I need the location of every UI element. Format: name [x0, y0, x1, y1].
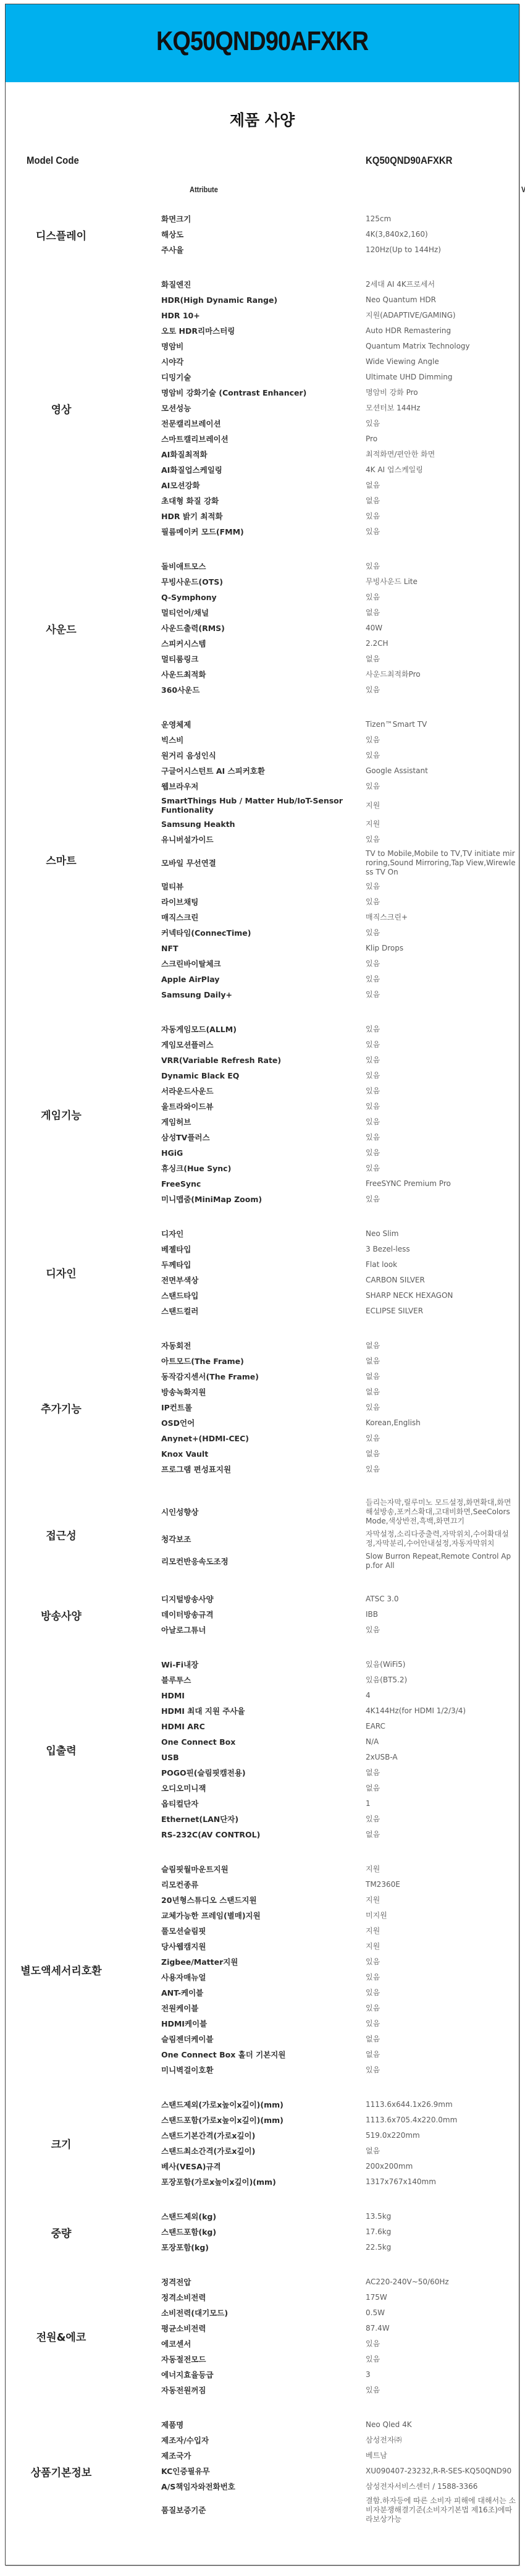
spec-value: 지원(ADAPTIVE/GAMING): [366, 311, 519, 320]
spec-value: 1: [366, 1799, 519, 1808]
spec-row: 원거리 음성인식있음: [6, 748, 519, 763]
spec-value: 지원: [366, 1896, 519, 1905]
spec-value: 있음: [366, 685, 519, 695]
spec-attribute: 품질보증기준: [161, 2506, 366, 2515]
spec-attribute: POGO핀(슬림핏캠전용): [161, 1768, 366, 1777]
spec-attribute: 모바일 무선연결: [161, 858, 366, 868]
spec-row: Knox Vault없음: [6, 1446, 519, 1462]
spec-attribute: 매직스크린: [161, 913, 366, 922]
spec-row: 디밍기술Ultimate UHD Dimming: [6, 370, 519, 385]
spec-value: 없음: [366, 2050, 519, 2059]
spec-value: 3 Bezel-less: [366, 1245, 519, 1254]
spec-row: 스피커시스템2.2CH: [6, 636, 519, 651]
spec-row: HDR 밝기 최적화있음: [6, 509, 519, 524]
spec-value: 없음: [366, 1768, 519, 1777]
spec-row: 에코센서있음: [6, 2336, 519, 2352]
spec-attribute: 자동절전모드: [161, 2355, 366, 2364]
spec-attribute: 풀모션슬림핏: [161, 1926, 366, 1936]
spec-value: Neo Qled 4K: [366, 2420, 519, 2430]
spec-row: One Connect BoxN/A: [6, 1734, 519, 1750]
spec-attribute: 스피커시스템: [161, 639, 366, 648]
spec-value: 175W: [366, 2293, 519, 2302]
spec-row: 옵티컬단자1: [6, 1796, 519, 1811]
spec-value: 지원: [366, 801, 519, 810]
spec-row: 화질엔진2세대 AI 4K프로세서: [6, 277, 519, 292]
spec-row: 두께타입Flat look: [6, 1257, 519, 1273]
spec-row: 에너지효율등급3: [6, 2367, 519, 2383]
spec-row: 게임모션플러스있음: [6, 1037, 519, 1053]
spec-table: 디스플레이화면크기125cm해상도4K(3,840x2,160)주사율120Hz…: [6, 211, 519, 2545]
spec-row: 리모컨반응속도조정Slow Burron Repeat,Remote Contr…: [6, 1550, 519, 1572]
spec-value: 있음: [366, 2339, 519, 2349]
spec-attribute: 제조국가: [161, 2451, 366, 2460]
spec-group: 별도액세서리호환슬림핏월마운트지원지원리모컨종류TM2360E20년형스튜디오 …: [6, 1862, 519, 2078]
spec-row: 데이터방송규격IBB: [6, 1607, 519, 1622]
spec-row: 리모컨종류TM2360E: [6, 1877, 519, 1892]
spec-value: 없음: [366, 1449, 519, 1459]
spec-attribute: 전문캘리브레이션: [161, 419, 366, 428]
spec-value: 있음: [366, 1040, 519, 1049]
spec-value: 지원: [366, 1942, 519, 1951]
spec-row: 당사웹캠지원지원: [6, 1939, 519, 1954]
spec-attribute: 무빙사운드(OTS): [161, 577, 366, 587]
spec-attribute: SmartThings Hub / Matter Hub/IoT-Sensor …: [161, 796, 366, 815]
spec-attribute: 유니버설가이드: [161, 835, 366, 844]
spec-attribute: 20년형스튜디오 스탠드지원: [161, 1896, 366, 1905]
spec-row: Q-Symphony있음: [6, 590, 519, 605]
spec-row: 서라운드사운드있음: [6, 1083, 519, 1099]
spec-row: 명암비Quantum Matrix Technology: [6, 339, 519, 354]
spec-value: 87.4W: [366, 2324, 519, 2333]
spec-row: 모바일 무선연결TV to Mobile,Mobile to TV,TV ini…: [6, 847, 519, 879]
spec-row: 유니버설가이드있음: [6, 832, 519, 847]
spec-attribute: Dynamic Black EQ: [161, 1071, 366, 1080]
spec-attribute: 당사웹캠지원: [161, 1942, 366, 1951]
spec-value: Tizen™Smart TV: [366, 720, 519, 729]
spec-attribute: 게임모션플러스: [161, 1040, 366, 1049]
spec-value: 없음: [366, 655, 519, 664]
spec-row: 라이브채팅있음: [6, 894, 519, 910]
spec-attribute: 모션성능: [161, 404, 366, 413]
spec-attribute: 평균소비전력: [161, 2324, 366, 2333]
spec-attribute: OSD언어: [161, 1418, 366, 1428]
spec-row: A/S책임자와전화번호삼성전자서비스센터 / 1588-3366: [6, 2479, 519, 2494]
spec-row: 커넥타임(ConnecTime)있음: [6, 925, 519, 941]
spec-value: 120Hz(Up to 144Hz): [366, 245, 519, 255]
spec-value: 있음: [366, 1102, 519, 1111]
spec-value: 있음: [366, 2355, 519, 2364]
spec-row: 스마트캘리브레이션Pro: [6, 431, 519, 447]
spec-value: 들리는자막,릴루미노 모드설정,화면확대,화면해설방송,포커스확대,고대비화면,…: [366, 1498, 519, 1526]
value-column-header: Value: [521, 185, 525, 195]
spec-value: 519.0x220mm: [366, 2131, 519, 2140]
spec-row: 자동회전없음: [6, 1338, 519, 1354]
spec-value: 있음: [366, 2019, 519, 2028]
spec-value: 2xUSB-A: [366, 1753, 519, 1762]
spec-row: 베젤타입3 Bezel-less: [6, 1242, 519, 1257]
spec-value: 매직스크린+: [366, 913, 519, 922]
model-banner: KQ50QND90AFXKR: [6, 4, 519, 82]
spec-attribute: 화면크기: [161, 214, 366, 224]
spec-value: 있음: [366, 990, 519, 999]
spec-row: 청각보조자막설정,소리다중출력,자막위치,수어확대설정,자막분리,수어안내설정,…: [6, 1528, 519, 1550]
spec-value: 없음: [366, 1341, 519, 1350]
spec-attribute: Ethernet(LAN단자): [161, 1815, 366, 1824]
spec-row: ANT-케이블있음: [6, 1985, 519, 2001]
spec-attribute: 구글어시스턴트 AI 스피커호환: [161, 766, 366, 776]
spec-attribute: 포장포함(가로x높이x깊이)(mm): [161, 2177, 366, 2187]
spec-row: 블루투스있음(BT5.2): [6, 1672, 519, 1688]
spec-attribute: 미니맵줌(MiniMap Zoom): [161, 1195, 366, 1204]
spec-value: 1113.6x705.4x220.0mm: [366, 2116, 519, 2125]
spec-value: 삼성전자서비스센터 / 1588-3366: [366, 2482, 519, 2491]
spec-value: 있음: [366, 975, 519, 984]
spec-row: Dynamic Black EQ있음: [6, 1068, 519, 1083]
spec-attribute: One Connect Box: [161, 1737, 366, 1747]
spec-row: 자동전원꺼짐있음: [6, 2383, 519, 2398]
spec-row: 오디오미니잭없음: [6, 1781, 519, 1796]
spec-row: 스탠드타입SHARP NECK HEXAGON: [6, 1288, 519, 1303]
spec-attribute: 전원케이블: [161, 2004, 366, 2013]
spec-value: 없음: [366, 2146, 519, 2156]
spec-row: HDMI4: [6, 1688, 519, 1703]
spec-value: 있음: [366, 2004, 519, 2013]
spec-value: 있음: [366, 1056, 519, 1065]
spec-row: 스탠드포함(가로x높이x깊이)(mm)1113.6x705.4x220.0mm: [6, 2112, 519, 2128]
spec-value: AC220-240V~50/60Hz: [366, 2277, 519, 2287]
spec-attribute: Q-Symphony: [161, 593, 366, 602]
spec-attribute: Wi-Fi내장: [161, 1660, 366, 1669]
spec-value: 없음: [366, 496, 519, 506]
spec-row: 미니맵줌(MiniMap Zoom)있음: [6, 1192, 519, 1207]
spec-attribute: 전면부색상: [161, 1276, 366, 1285]
spec-row: 프로그램 편성표지원있음: [6, 1462, 519, 1477]
spec-value: 4: [366, 1691, 519, 1700]
spec-row: KC인증필유무XU090407-23232,R-R-SES-KQ50QND90: [6, 2464, 519, 2479]
spec-value: 0.5W: [366, 2308, 519, 2318]
spec-attribute: 돌비애트모스: [161, 562, 366, 571]
spec-row: 아날로그튜너있음: [6, 1622, 519, 1638]
spec-value: EARC: [366, 1722, 519, 1731]
spec-attribute: 자동전원꺼짐: [161, 2386, 366, 2395]
spec-row: 사용자매뉴얼있음: [6, 1970, 519, 1985]
spec-attribute: 라이브채팅: [161, 897, 366, 907]
spec-value: Flat look: [366, 1260, 519, 1269]
spec-group: 추가기능자동회전없음아트모드(The Frame)없음동작감지센서(The Fr…: [6, 1338, 519, 1477]
spec-row: 스탠드제외(가로x높이x깊이)(mm)1113.6x644.1x26.9mm: [6, 2097, 519, 2112]
spec-attribute: 게임허브: [161, 1117, 366, 1127]
spec-value: Google Assistant: [366, 766, 519, 776]
spec-value: 명암비 강화 Pro: [366, 388, 519, 397]
spec-row: HDMI케이블있음: [6, 2016, 519, 2032]
spec-value: 지원: [366, 820, 519, 829]
spec-value: 모션터보 144Hz: [366, 404, 519, 413]
spec-row: 멀티룸링크없음: [6, 651, 519, 667]
spec-attribute: 원거리 음성인식: [161, 751, 366, 760]
model-title: KQ50QND90AFXKR: [156, 26, 368, 57]
spec-value: 있음: [366, 1973, 519, 1982]
spec-attribute: 스탠드포함(kg): [161, 2227, 366, 2237]
spec-value: 결함.하자등에 따른 소비자 피해에 대해서는 소비자분쟁해결기준(소비자기본법…: [366, 2496, 519, 2524]
spec-attribute: 아날로그튜너: [161, 1625, 366, 1635]
spec-attribute: 스탠드포함(가로x높이x깊이)(mm): [161, 2116, 366, 2125]
spec-attribute: 소비전력(대기모드): [161, 2308, 366, 2318]
spec-row: 모션성능모션터보 144Hz: [6, 400, 519, 416]
spec-group: 중량스탠드제외(kg)13.5kg스탠드포함(kg)17.6kg포장포함(kg)…: [6, 2209, 519, 2255]
model-code-label: Model Code: [27, 155, 79, 167]
spec-value: 있음: [366, 1465, 519, 1474]
spec-attribute: 두께타입: [161, 1260, 366, 1269]
spec-row: USB2xUSB-A: [6, 1750, 519, 1765]
spec-attribute: 시인성향상: [161, 1507, 366, 1517]
attribute-column-header: Attribute: [190, 185, 218, 195]
spec-value: 125cm: [366, 214, 519, 224]
spec-value: 있음: [366, 751, 519, 760]
spec-attribute: 자동회전: [161, 1341, 366, 1350]
spec-row: FreeSyncFreeSYNC Premium Pro: [6, 1176, 519, 1192]
spec-row: Apple AirPlay있음: [6, 972, 519, 987]
spec-row: 스탠드포함(kg)17.6kg: [6, 2224, 519, 2240]
spec-value: Wide Viewing Angle: [366, 357, 519, 366]
spec-attribute: 운영체제: [161, 720, 366, 729]
spec-attribute: 포장포함(kg): [161, 2243, 366, 2252]
spec-value: 지원: [366, 1926, 519, 1936]
spec-value: 있음: [366, 1025, 519, 1034]
spec-row: HDR 10+지원(ADAPTIVE/GAMING): [6, 308, 519, 323]
spec-row: 슬림젠더케이블없음: [6, 2032, 519, 2047]
spec-row: 멀티언어/채널없음: [6, 605, 519, 621]
spec-row: 사운드최적화사운드최적화Pro: [6, 667, 519, 682]
spec-row: Zigbee/Matter지원있음: [6, 1954, 519, 1970]
spec-attribute: 옵티컬단자: [161, 1799, 366, 1808]
spec-value: 있음: [366, 419, 519, 428]
spec-attribute: 블루투스: [161, 1676, 366, 1685]
spec-attribute: 교체가능한 프레임(별매)지원: [161, 1911, 366, 1920]
spec-value: 없음: [366, 481, 519, 490]
spec-attribute: 프로그램 편성표지원: [161, 1465, 366, 1474]
spec-value: 2.2CH: [366, 639, 519, 648]
spec-value: 1113.6x644.1x26.9mm: [366, 2100, 519, 2109]
spec-value: 있음: [366, 1434, 519, 1443]
spec-attribute: 리모컨종류: [161, 1880, 366, 1889]
spec-value: 사운드최적화Pro: [366, 670, 519, 679]
spec-value: 있음: [366, 1403, 519, 1412]
spec-row: 풀모션슬림핏지원: [6, 1923, 519, 1939]
spec-attribute: 자동게임모드(ALLM): [161, 1025, 366, 1034]
spec-sheet-card: KQ50QND90AFXKR 제품 사양 Model Code KQ50QND9…: [5, 4, 519, 2565]
spec-value: 있음: [366, 835, 519, 844]
spec-attribute: VRR(Variable Refresh Rate): [161, 1056, 366, 1065]
spec-row: 스탠드최소간격(가로x깊이)없음: [6, 2143, 519, 2159]
spec-row: Anynet+(HDMI-CEC)있음: [6, 1431, 519, 1446]
spec-row: POGO핀(슬림핏캠전용)없음: [6, 1765, 519, 1781]
spec-value: 있음: [366, 527, 519, 536]
spec-attribute: 제품명: [161, 2420, 366, 2430]
spec-attribute: 정격전압: [161, 2277, 366, 2287]
spec-row: 20년형스튜디오 스탠드지원지원: [6, 1892, 519, 1908]
spec-row: VRR(Variable Refresh Rate)있음: [6, 1053, 519, 1068]
spec-value: 있음: [366, 593, 519, 602]
spec-attribute: 아트모드(The Frame): [161, 1357, 366, 1366]
spec-attribute: Anynet+(HDMI-CEC): [161, 1434, 366, 1443]
spec-row: 웹브라우저있음: [6, 779, 519, 794]
spec-attribute: AI모션강화: [161, 481, 366, 490]
spec-attribute: 울트라와이드뷰: [161, 1102, 366, 1111]
spec-attribute: 주사율: [161, 245, 366, 255]
spec-value: 최적화면/편안한 화면: [366, 450, 519, 459]
spec-value: Auto HDR Remastering: [366, 326, 519, 336]
spec-row: AI화질업스케일링4K AI 업스케일링: [6, 462, 519, 478]
spec-attribute: 커넥타임(ConnecTime): [161, 928, 366, 938]
spec-row: SmartThings Hub / Matter Hub/IoT-Sensor …: [6, 794, 519, 816]
spec-attribute: FreeSync: [161, 1179, 366, 1188]
spec-attribute: 스탠드제외(kg): [161, 2212, 366, 2221]
spec-value: IBB: [366, 1610, 519, 1619]
spec-value: 무빙사운드 Lite: [366, 577, 519, 587]
spec-attribute: 사운드최적화: [161, 670, 366, 679]
spec-value: 22.5kg: [366, 2243, 519, 2252]
spec-value: 있음: [366, 959, 519, 968]
spec-row: 화면크기125cm: [6, 211, 519, 227]
spec-value: 있음: [366, 897, 519, 907]
spec-attribute: 삼성TV플러스: [161, 1133, 366, 1142]
spec-value: 있음: [366, 1815, 519, 1824]
spec-row: 무빙사운드(OTS)무빙사운드 Lite: [6, 574, 519, 590]
spec-row: 전면부색상CARBON SILVER: [6, 1273, 519, 1288]
spec-row: 초대형 화질 강화없음: [6, 493, 519, 509]
spec-value: 있음: [366, 562, 519, 571]
spec-row: AI화질최적화최적화면/편안한 화면: [6, 447, 519, 462]
spec-attribute: A/S책임자와전화번호: [161, 2482, 366, 2491]
spec-row: 해상도4K(3,840x2,160): [6, 227, 519, 242]
spec-row: HDR(High Dynamic Range)Neo Quantum HDR: [6, 292, 519, 308]
spec-attribute: 스탠드기본간격(가로x깊이): [161, 2131, 366, 2140]
spec-value: 있음: [366, 1071, 519, 1080]
spec-row: Wi-Fi내장있음(WiFi5): [6, 1657, 519, 1672]
spec-row: 슬림핏월마운트지원지원: [6, 1862, 519, 1877]
spec-value: 있음(WiFi5): [366, 1660, 519, 1669]
spec-group: 방송사양디지털방송사양ATSC 3.0데이터방송규격IBB아날로그튜너있음: [6, 1591, 519, 1638]
spec-attribute: AI화질최적화: [161, 450, 366, 459]
spec-value: 있음(BT5.2): [366, 1676, 519, 1685]
spec-value: ECLIPSE SILVER: [366, 1307, 519, 1316]
spec-value: Neo Quantum HDR: [366, 295, 519, 305]
spec-value: 있음: [366, 1087, 519, 1096]
spec-attribute: 서라운드사운드: [161, 1087, 366, 1096]
spec-value: 없음: [366, 1388, 519, 1397]
spec-attribute: HDMI: [161, 1691, 366, 1700]
spec-row: 스탠드컬러ECLIPSE SILVER: [6, 1303, 519, 1319]
spec-row: 소비전력(대기모드)0.5W: [6, 2305, 519, 2321]
spec-value: Neo Slim: [366, 1229, 519, 1239]
spec-attribute: RS-232C(AV CONTROL): [161, 1830, 366, 1839]
spec-row: 멀티뷰있음: [6, 879, 519, 894]
spec-attribute: 제조자/수입자: [161, 2436, 366, 2445]
spec-row: 포장포함(가로x높이x깊이)(mm)1317x767x140mm: [6, 2174, 519, 2190]
spec-attribute: 사용자매뉴얼: [161, 1973, 366, 1982]
spec-value: Korean,English: [366, 1418, 519, 1428]
spec-attribute: 360사운드: [161, 685, 366, 695]
spec-value: 미지원: [366, 1911, 519, 1920]
spec-attribute: 슬림젠더케이블: [161, 2035, 366, 2044]
spec-attribute: 오디오미니잭: [161, 1784, 366, 1793]
spec-attribute: 슬림핏월마운트지원: [161, 1865, 366, 1874]
spec-attribute: 필름메이커 모드(FMM): [161, 527, 366, 536]
spec-row: 동작감지센서(The Frame)없음: [6, 1369, 519, 1384]
spec-attribute: 휴싱크(Hue Sync): [161, 1164, 366, 1173]
spec-row: Samsung Heakth지원: [6, 816, 519, 832]
spec-row: 방송녹화지원없음: [6, 1384, 519, 1400]
spec-row: 스크린바이탈체크있음: [6, 956, 519, 972]
spec-row: 주사율120Hz(Up to 144Hz): [6, 242, 519, 258]
spec-attribute: ANT-케이블: [161, 1988, 366, 1998]
spec-value: 삼성전자㈜: [366, 2436, 519, 2445]
spec-group: 디스플레이화면크기125cm해상도4K(3,840x2,160)주사율120Hz…: [6, 211, 519, 258]
spec-attribute: 미니벽걸이호환: [161, 2065, 366, 2075]
spec-value: 200x200mm: [366, 2162, 519, 2171]
spec-attribute: 스마트캘리브레이션: [161, 434, 366, 444]
spec-value: CARBON SILVER: [366, 1276, 519, 1285]
spec-row: 미니벽걸이호환있음: [6, 2062, 519, 2078]
spec-value: Klip Drops: [366, 944, 519, 953]
spec-row: HDMI 최대 지원 주사율4K144Hz(for HDMI 1/2/3/4): [6, 1703, 519, 1719]
spec-value: ATSC 3.0: [366, 1595, 519, 1604]
spec-attribute: 명암비 강화기술 (Contrast Enhancer): [161, 388, 366, 397]
spec-attribute: USB: [161, 1753, 366, 1762]
spec-attribute: 시야각: [161, 357, 366, 366]
spec-row: 자동게임모드(ALLM)있음: [6, 1022, 519, 1037]
spec-value: 있음: [366, 1164, 519, 1173]
spec-value: 1317x767x140mm: [366, 2177, 519, 2187]
spec-value: 4K AI 업스케일링: [366, 465, 519, 475]
model-code-value: KQ50QND90AFXKR: [366, 155, 452, 167]
spec-row: 베사(VESA)규격200x200mm: [6, 2159, 519, 2174]
spec-row: 운영체제Tizen™Smart TV: [6, 717, 519, 732]
spec-value: Slow Burron Repeat,Remote Control App.fo…: [366, 1552, 519, 1570]
spec-value: XU090407-23232,R-R-SES-KQ50QND90: [366, 2467, 519, 2476]
spec-row: 시인성향상들리는자막,릴루미노 모드설정,화면확대,화면해설방송,포커스확대,고…: [6, 1496, 519, 1528]
spec-attribute: Knox Vault: [161, 1449, 366, 1459]
spec-value: 있음: [366, 1148, 519, 1158]
spec-row: OSD언어Korean,English: [6, 1415, 519, 1431]
spec-row: NFTKlip Drops: [6, 941, 519, 956]
spec-value: 있음: [366, 512, 519, 521]
spec-attribute: Zigbee/Matter지원: [161, 1957, 366, 1967]
spec-attribute: 사운드출력(RMS): [161, 624, 366, 633]
spec-value: 지원: [366, 1865, 519, 1874]
spec-value: 없음: [366, 1372, 519, 1381]
column-header-row: Attribute Value: [161, 185, 366, 200]
spec-attribute: HDMI케이블: [161, 2019, 366, 2028]
spec-row: 구글어시스턴트 AI 스피커호환Google Assistant: [6, 763, 519, 779]
spec-group: 사운드돌비애트모스있음무빙사운드(OTS)무빙사운드 LiteQ-Symphon…: [6, 559, 519, 698]
spec-attribute: 디밍기술: [161, 373, 366, 382]
spec-attribute: 데이터방송규격: [161, 1610, 366, 1619]
spec-value: 13.5kg: [366, 2212, 519, 2221]
spec-value: 없음: [366, 608, 519, 617]
spec-value: 있음: [366, 1117, 519, 1127]
spec-attribute: 에너지효율등급: [161, 2370, 366, 2379]
spec-row: 매직스크린매직스크린+: [6, 910, 519, 925]
spec-attribute: 멀티룸링크: [161, 655, 366, 664]
spec-value: 4K144Hz(for HDMI 1/2/3/4): [366, 1706, 519, 1716]
spec-attribute: HDMI ARC: [161, 1722, 366, 1731]
spec-attribute: 스탠드타입: [161, 1291, 366, 1300]
spec-attribute: Samsung Heakth: [161, 820, 366, 829]
spec-attribute: AI화질업스케일링: [161, 465, 366, 475]
spec-value: 있음: [366, 928, 519, 938]
spec-attribute: 스탠드컬러: [161, 1307, 366, 1316]
